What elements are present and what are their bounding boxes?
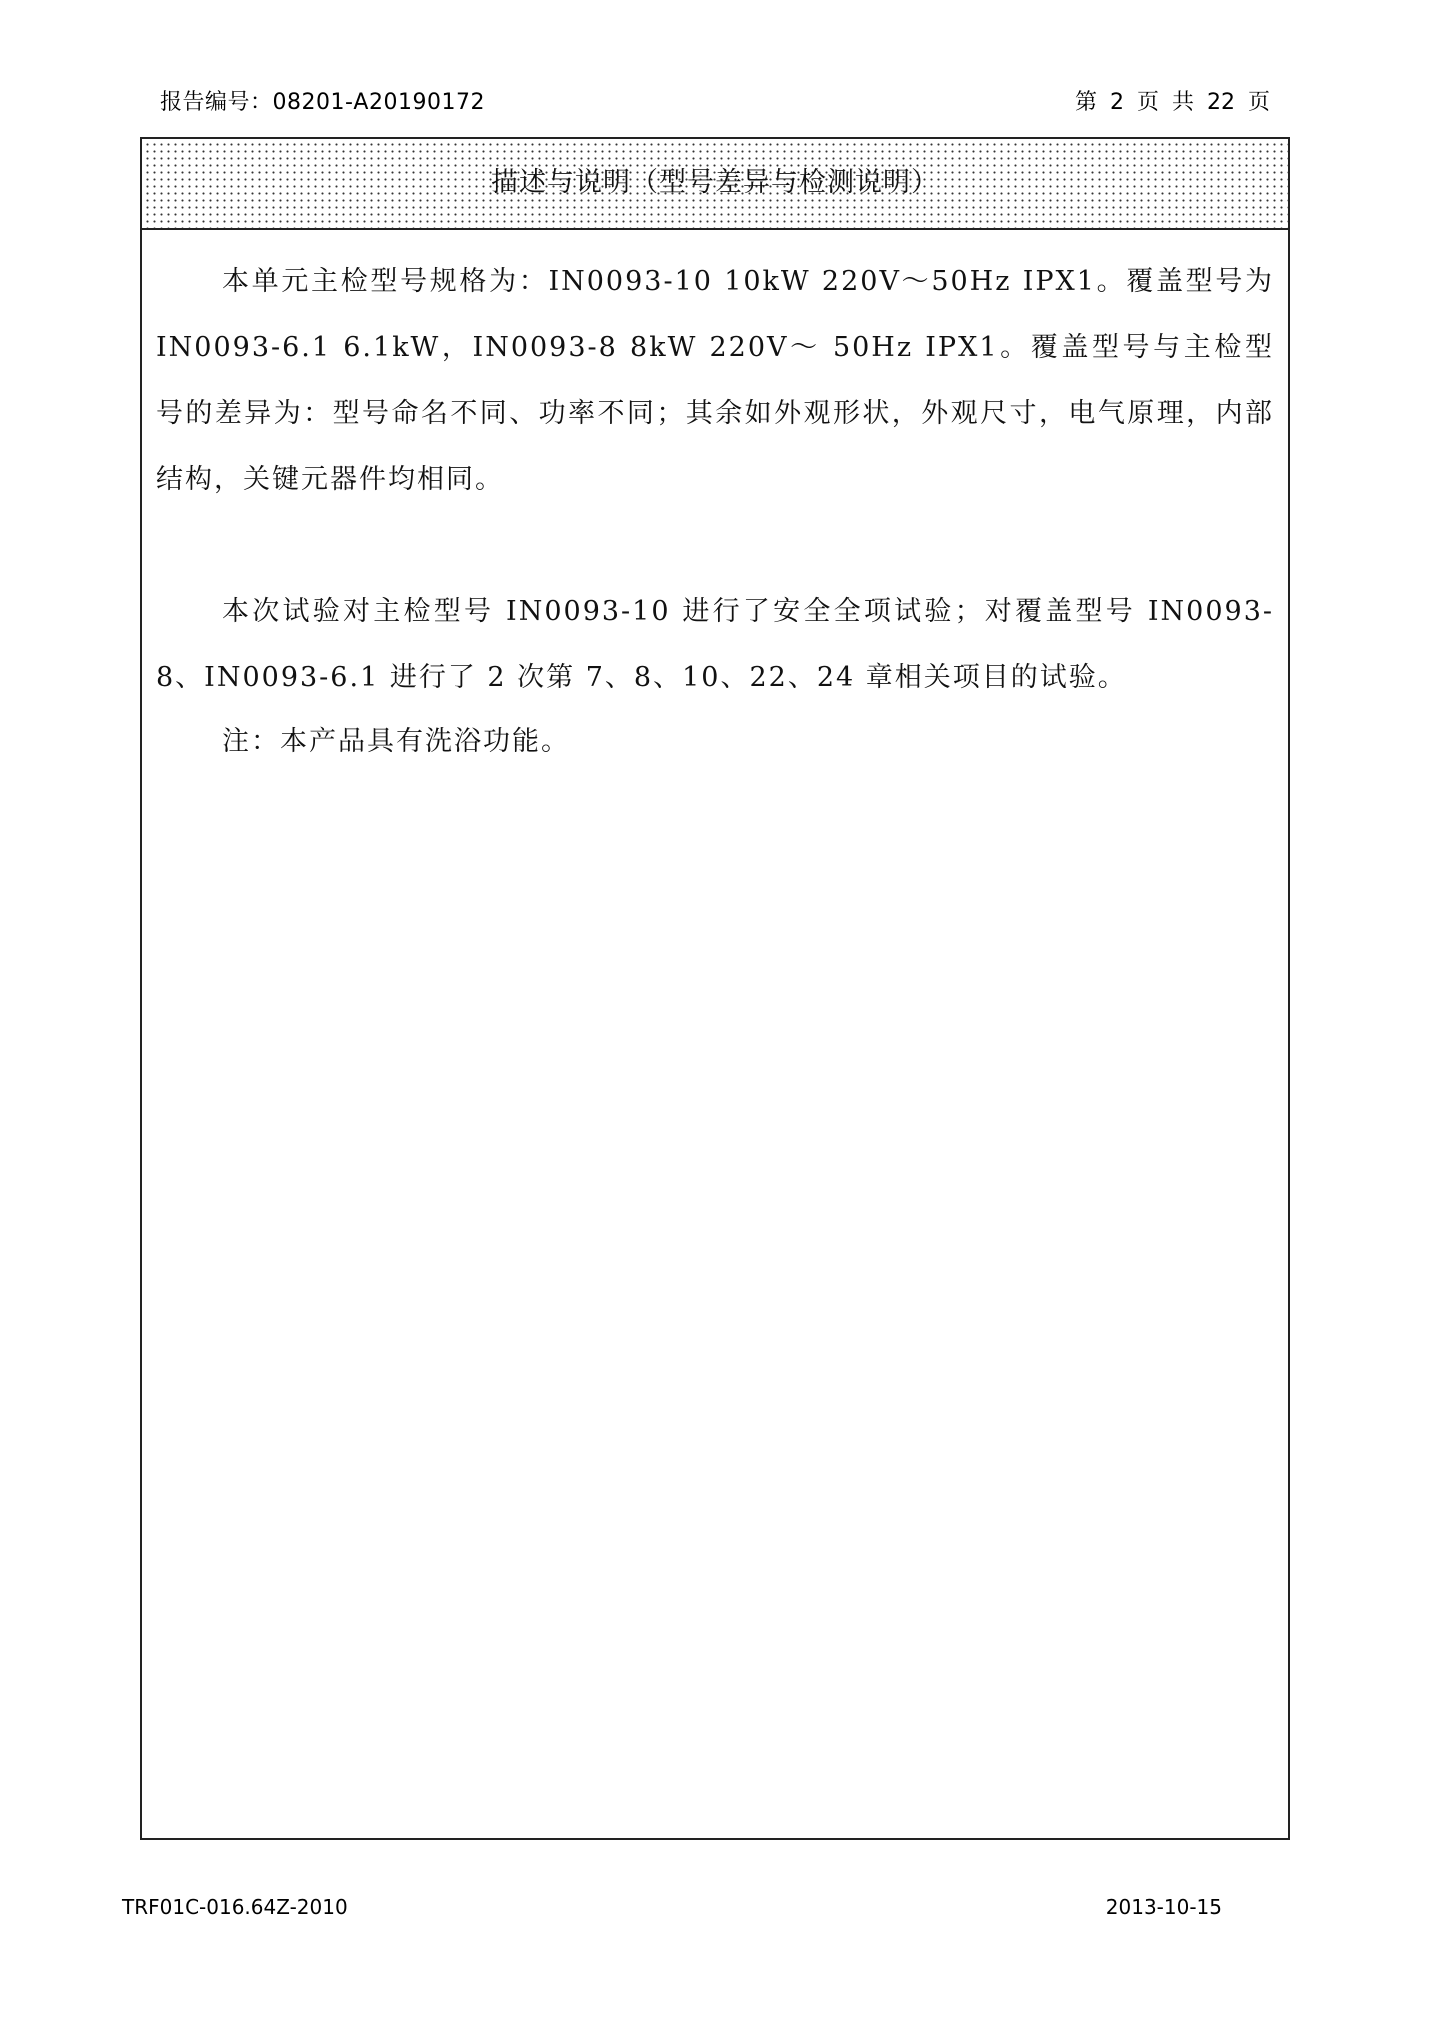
form-code: TRF01C-016.64Z-2010 bbox=[122, 1893, 348, 1921]
page-footer: TRF01C-016.64Z-2010 2013-10-15 bbox=[122, 1893, 1222, 1921]
paragraph-test-scope: 本次试验对主检型号 IN0093-10 进行了安全全项试验；对覆盖型号 IN00… bbox=[156, 579, 1274, 711]
section-content: 本单元主检型号规格为：IN0093-10 10kW 220V～50Hz IPX1… bbox=[156, 249, 1274, 773]
note-text: 注：本产品具有洗浴功能。 bbox=[156, 711, 1274, 773]
section-title: 描述与说明（型号差异与检测说明） bbox=[491, 165, 939, 201]
form-date: 2013-10-15 bbox=[1106, 1893, 1222, 1921]
paragraph-spacer bbox=[156, 513, 1274, 579]
page-header: 报告编号：08201-A20190172 第 2 页 共 22 页 bbox=[160, 88, 1270, 118]
description-frame: 描述与说明（型号差异与检测说明） 本单元主检型号规格为：IN0093-10 10… bbox=[140, 137, 1290, 1840]
section-title-band: 描述与说明（型号差异与检测说明） bbox=[142, 139, 1288, 230]
paragraph-model-differences: 本单元主检型号规格为：IN0093-10 10kW 220V～50Hz IPX1… bbox=[156, 249, 1274, 513]
report-number: 报告编号：08201-A20190172 bbox=[160, 88, 485, 118]
page-indicator: 第 2 页 共 22 页 bbox=[1075, 88, 1270, 118]
